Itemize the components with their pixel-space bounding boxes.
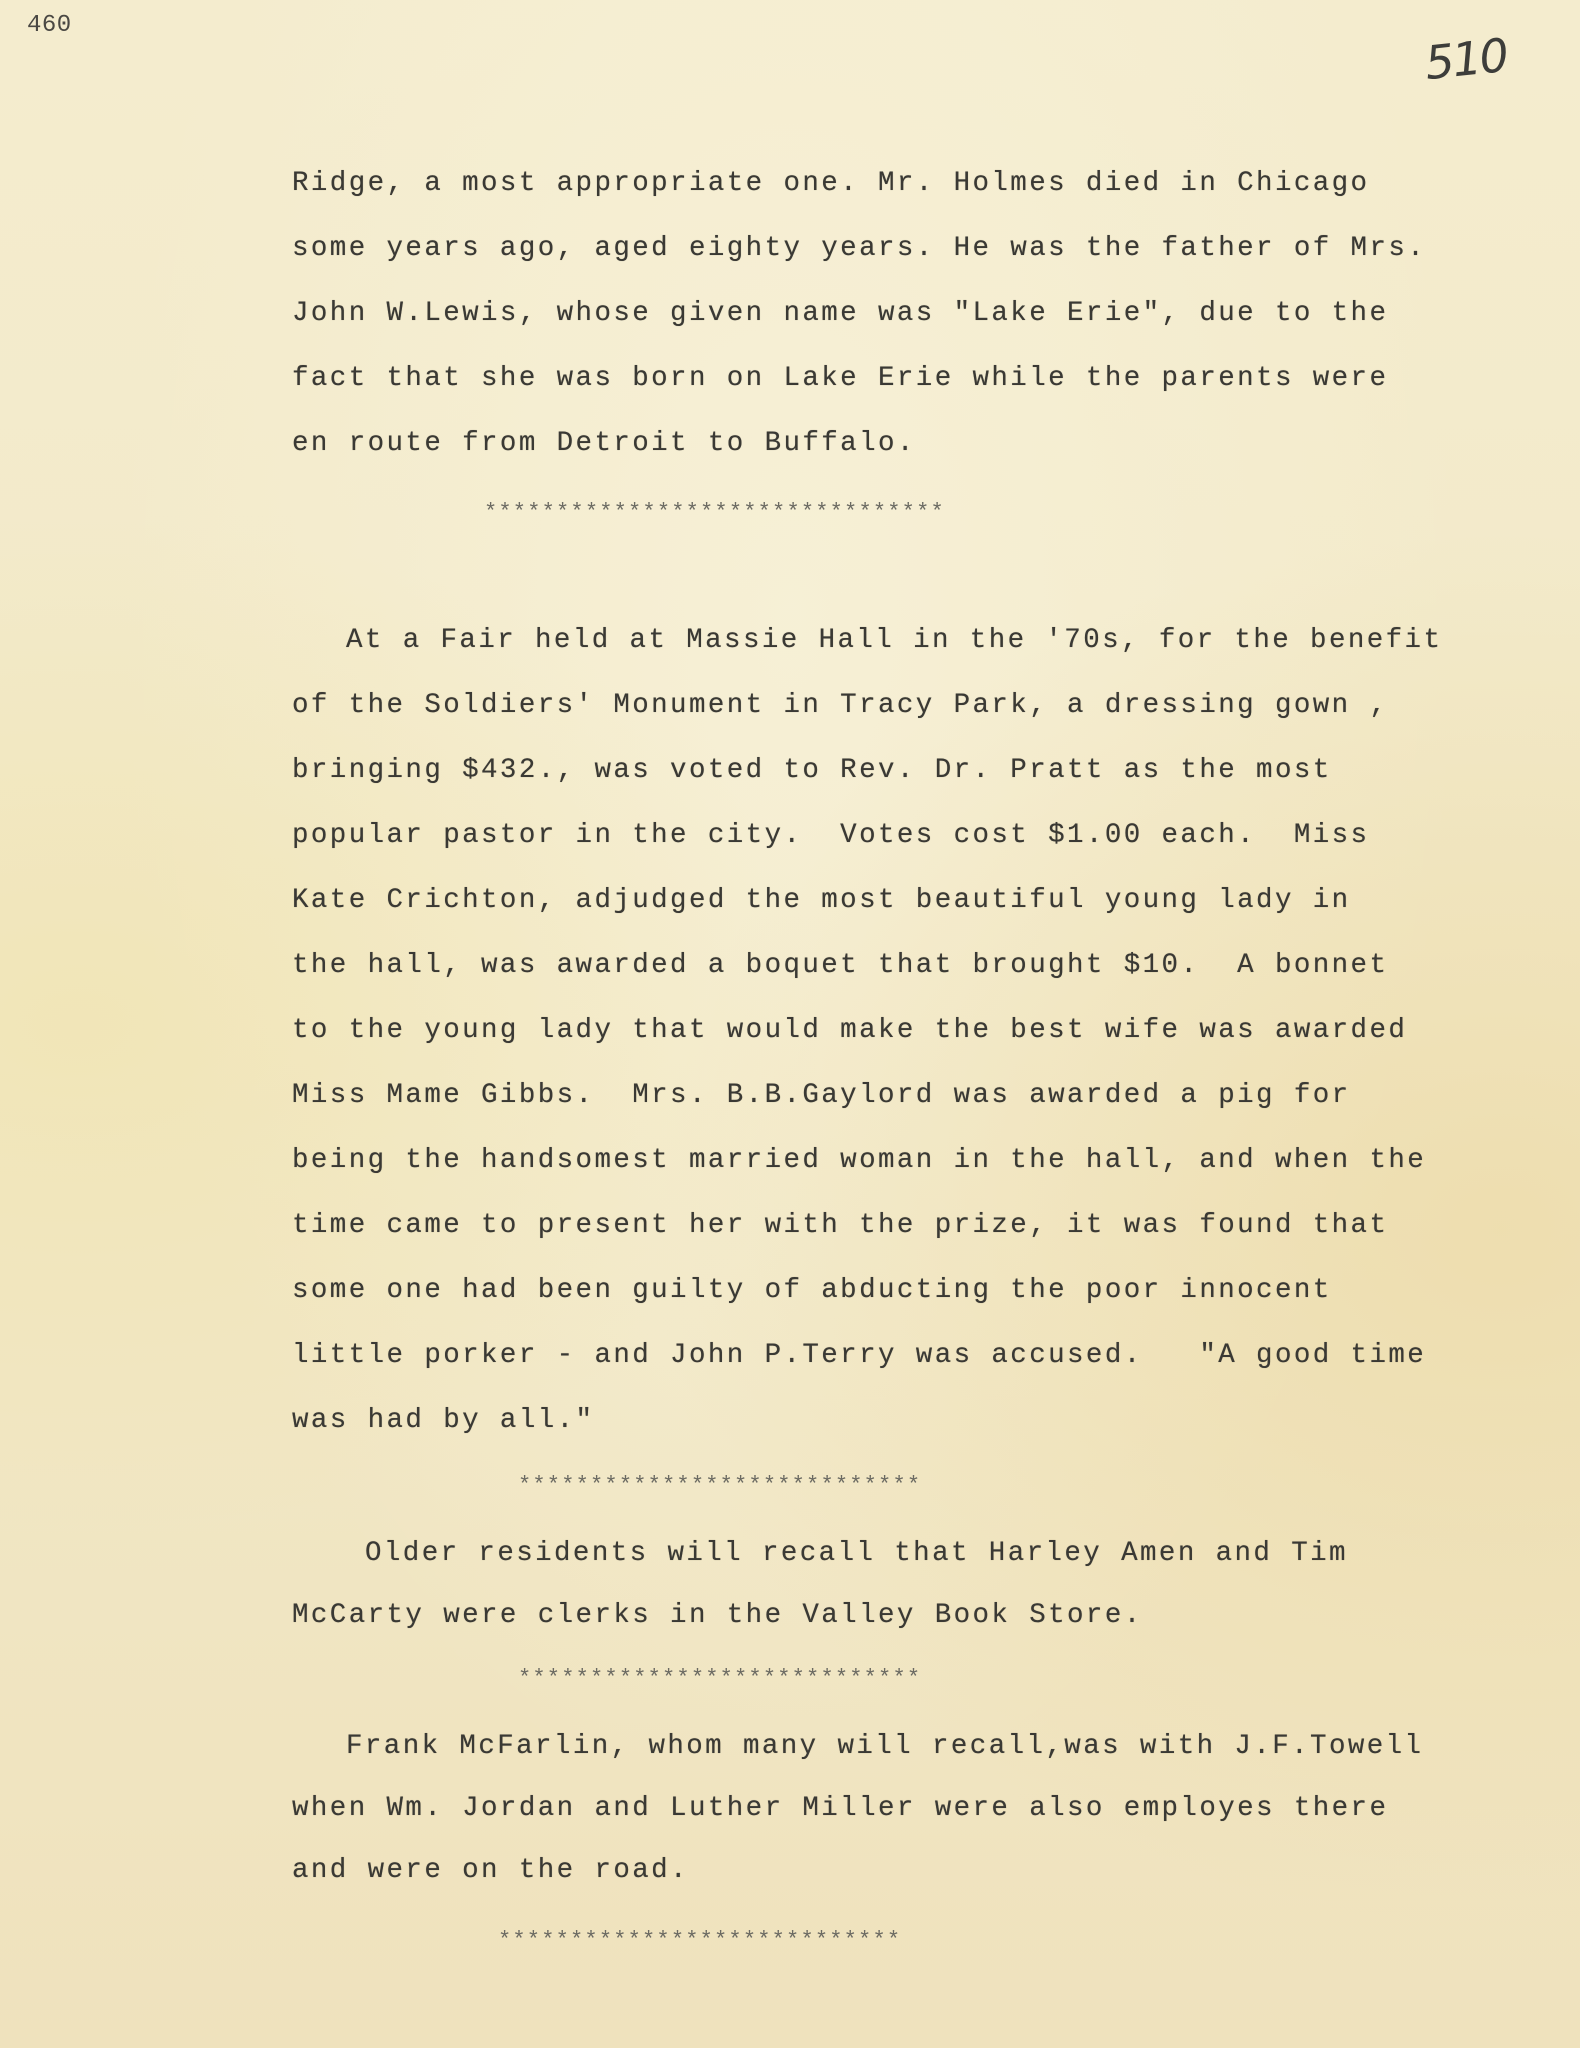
text-line: Older residents will recall that Harley … [365,1538,1348,1569]
asterisk-separator: ******************************** [484,500,945,525]
text-line: some one had been guilty of abducting th… [292,1275,1332,1306]
handwritten-page-number: 510 [1422,28,1509,90]
text-line: Frank McFarlin, whom many will recall,wa… [346,1731,1423,1762]
text-line: of the Soldiers' Monument in Tracy Park,… [292,690,1388,721]
text-line: being the handsomest married woman in th… [292,1145,1426,1176]
text-line: popular pastor in the city. Votes cost $… [292,820,1369,851]
text-line: At a Fair held at Massie Hall in the '70… [346,625,1442,656]
text-line: en route from Detroit to Buffalo. [292,428,916,459]
text-line: Ridge, a most appropriate one. Mr. Holme… [292,168,1369,199]
text-line: and were on the road. [292,1855,689,1886]
text-line: the hall, was awarded a boquet that brou… [292,950,1388,981]
typed-page-number: 460 [27,12,72,39]
text-line: was had by all." [292,1405,594,1436]
text-line: when Wm. Jordan and Luther Miller were a… [292,1793,1388,1824]
text-line: some years ago, aged eighty years. He wa… [292,233,1426,264]
text-line: Kate Crichton, adjudged the most beautif… [292,885,1351,916]
text-line: Miss Mame Gibbs. Mrs. B.B.Gaylord was aw… [292,1080,1351,1111]
text-line: little porker - and John P.Terry was acc… [292,1340,1426,1371]
text-line: McCarty were clerks in the Valley Book S… [292,1600,1143,1631]
text-line: bringing $432., was voted to Rev. Dr. Pr… [292,755,1332,786]
text-line: fact that she was born on Lake Erie whil… [292,363,1388,394]
text-line: time came to present her with the prize,… [292,1210,1388,1241]
text-line: to the young lady that would make the be… [292,1015,1407,1046]
asterisk-separator: **************************** [518,1473,921,1498]
asterisk-separator: **************************** [518,1666,921,1691]
text-line: John W.Lewis, whose given name was "Lake… [292,298,1388,329]
asterisk-separator: **************************** [498,1928,901,1953]
